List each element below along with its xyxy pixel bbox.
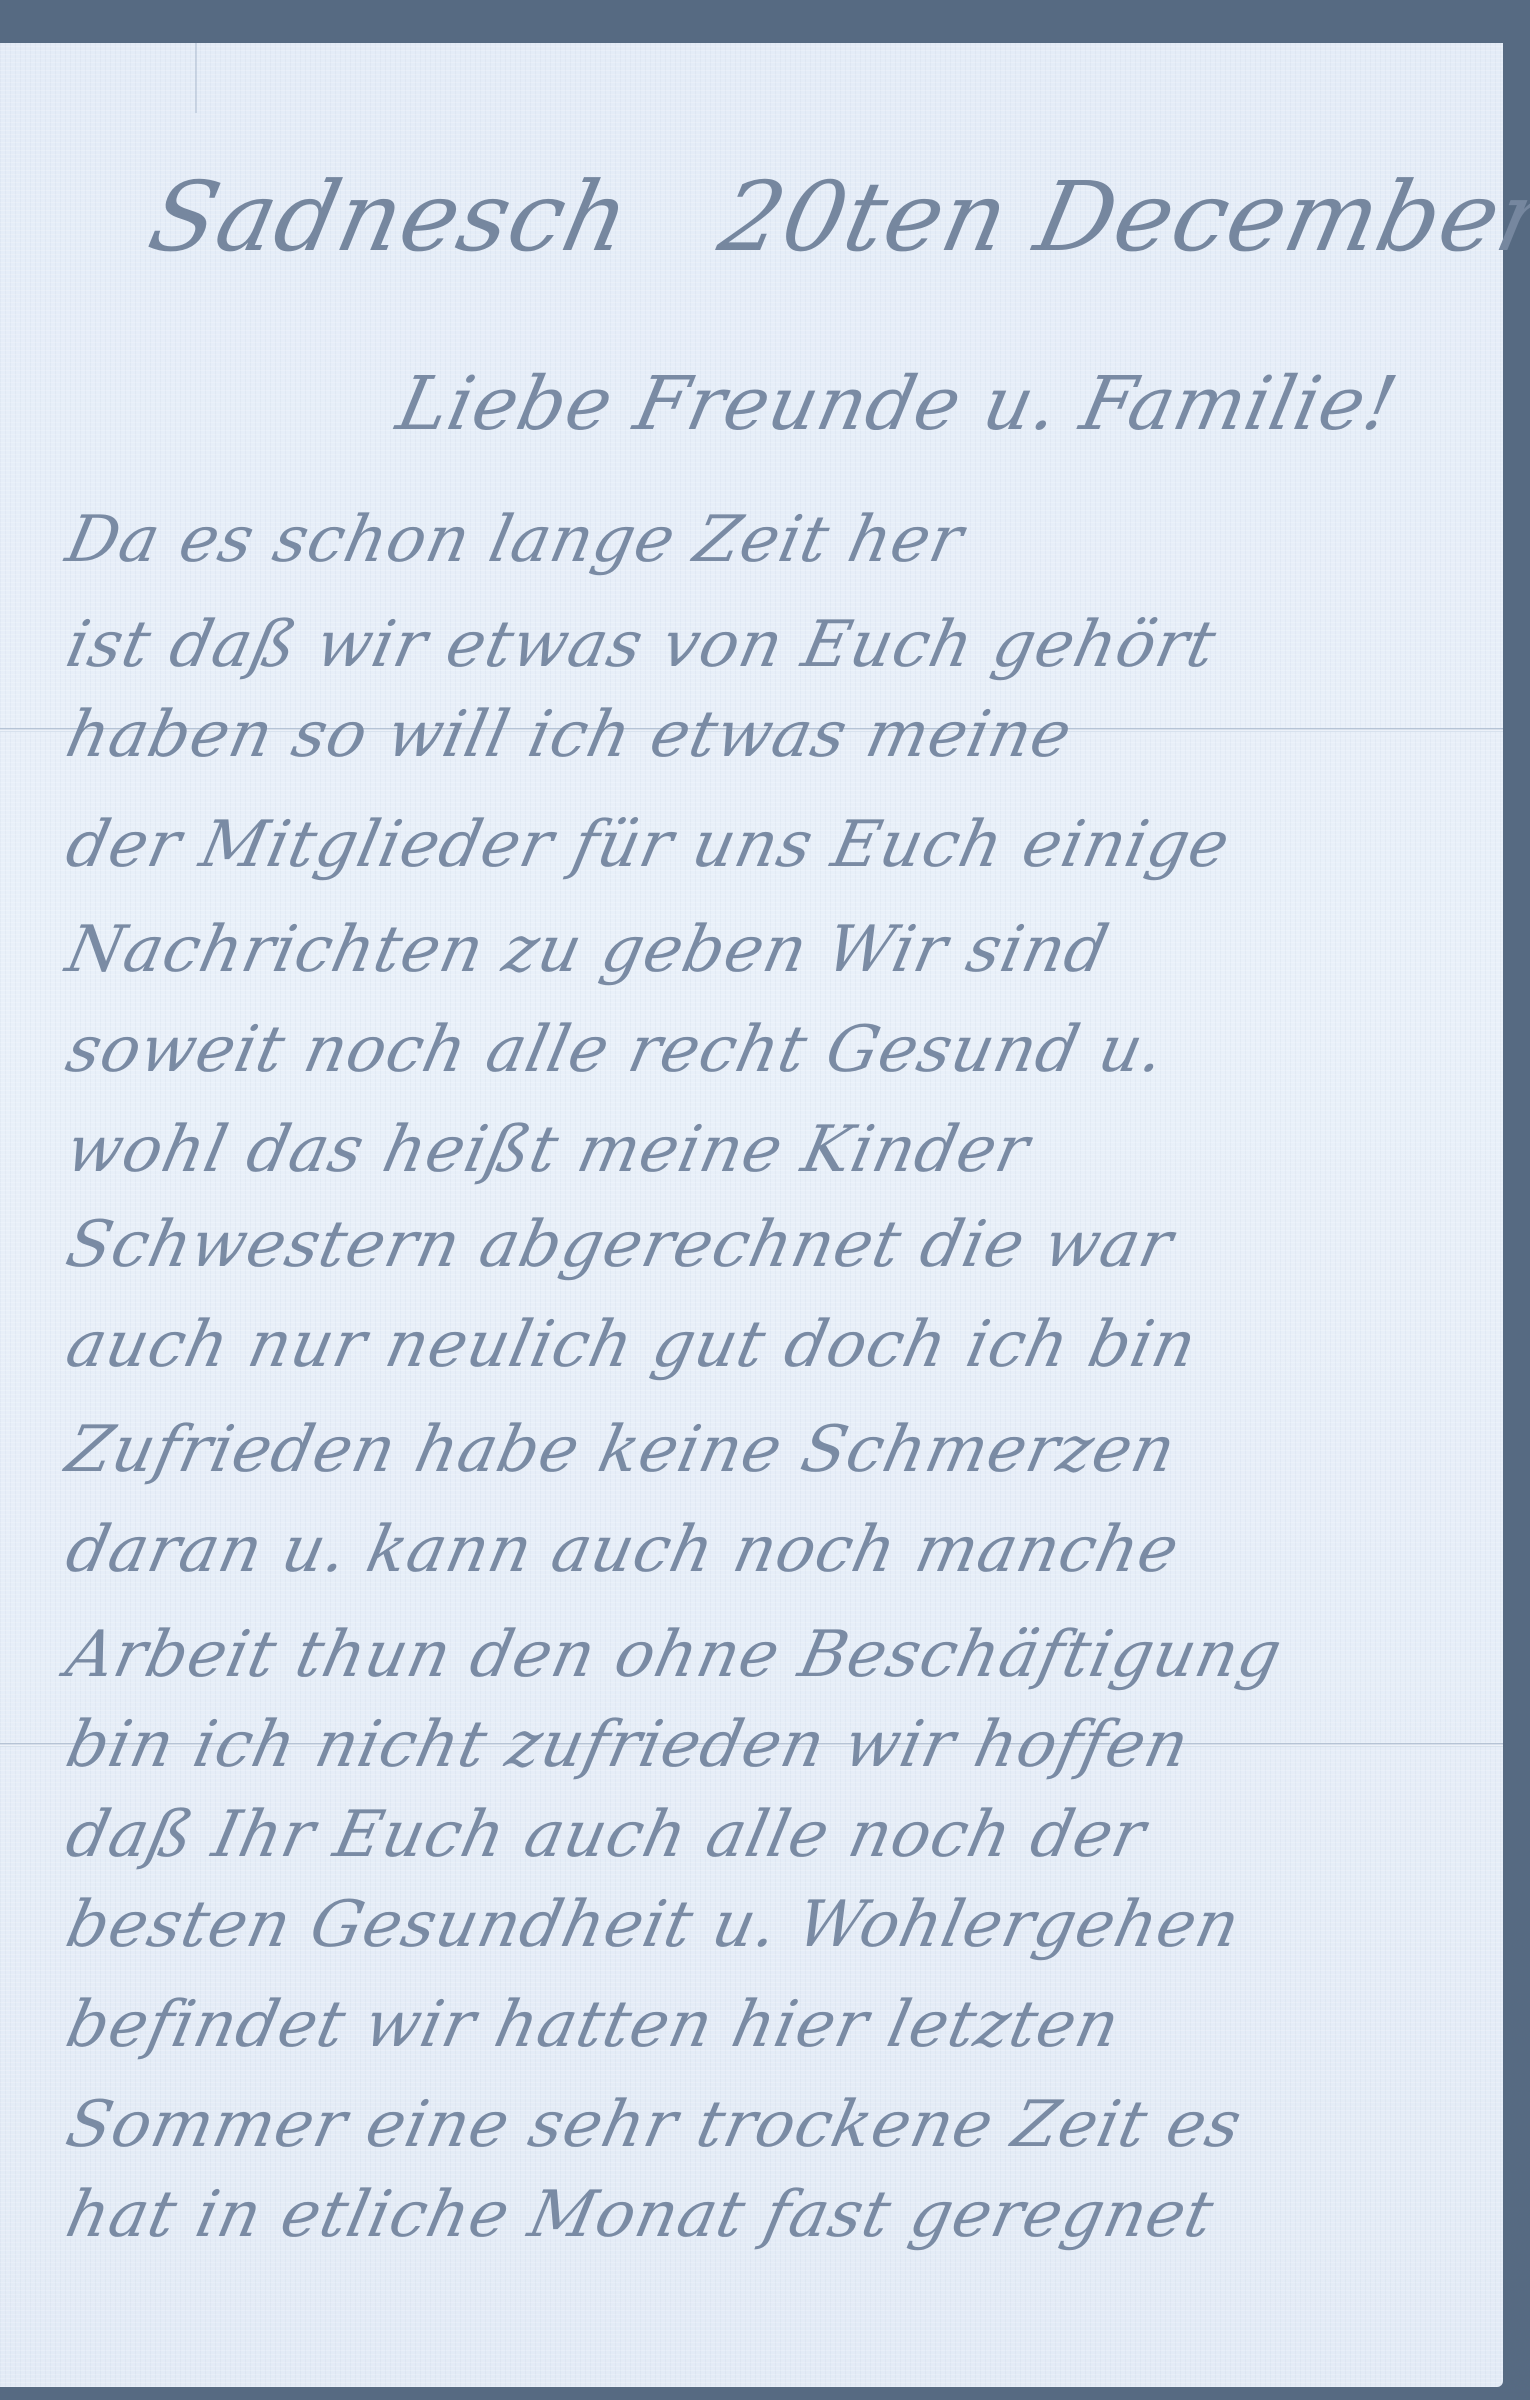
- letter-body-line: daran u. kann auch noch manche: [60, 1513, 1186, 1587]
- dateline-date: 20ten December 1911: [711, 161, 1530, 273]
- letter-body-line: auch nur neulich gut doch ich bin: [60, 1308, 1203, 1382]
- letter-body-line: Zufrieden habe keine Schmerzen: [60, 1413, 1182, 1487]
- letter-body-line: Arbeit thun den ohne Beschäftigung: [60, 1618, 1288, 1692]
- letter-body-line: bin ich nicht zufrieden wir hoffen: [60, 1708, 1196, 1782]
- letter-body-line: Sommer eine sehr trockene Zeit es: [60, 2088, 1248, 2162]
- letter-body-line: ist daß wir etwas von Euch gehört: [60, 608, 1223, 682]
- dateline-place: Sadnesch: [140, 161, 640, 273]
- letter-body-line: Nachrichten zu geben Wir sind: [60, 913, 1115, 987]
- letter-body-line: befindet wir hatten hier letzten: [60, 1988, 1126, 2062]
- letter-salutation: Liebe Freunde u. Familie!: [390, 361, 1405, 447]
- letter-body-line: besten Gesundheit u. Wohlergehen: [60, 1888, 1247, 1962]
- letter-body-line: daß Ihr Euch auch alle noch der: [60, 1798, 1152, 1872]
- letter-body-line: Da es schon lange Zeit her: [60, 503, 970, 577]
- letter-body-line: haben so will ich etwas meine: [60, 698, 1078, 772]
- letter-body-line: hat in etliche Monat fast geregnet: [60, 2178, 1220, 2252]
- paper-tape-mark: [195, 43, 197, 113]
- letter-body-line: wohl das heißt meine Kinder: [60, 1113, 1036, 1187]
- letter-dateline: Sadnesch 20ten December 1911: [140, 161, 1530, 273]
- letter-body-line: Schwestern abgerechnet die war: [60, 1208, 1180, 1282]
- letter-body-line: der Mitglieder für uns Euch einige: [60, 808, 1236, 882]
- letter-page: Sadnesch 20ten December 1911 Liebe Freun…: [0, 43, 1503, 2387]
- letter-body-line: soweit noch alle recht Gesund u.: [60, 1013, 1172, 1087]
